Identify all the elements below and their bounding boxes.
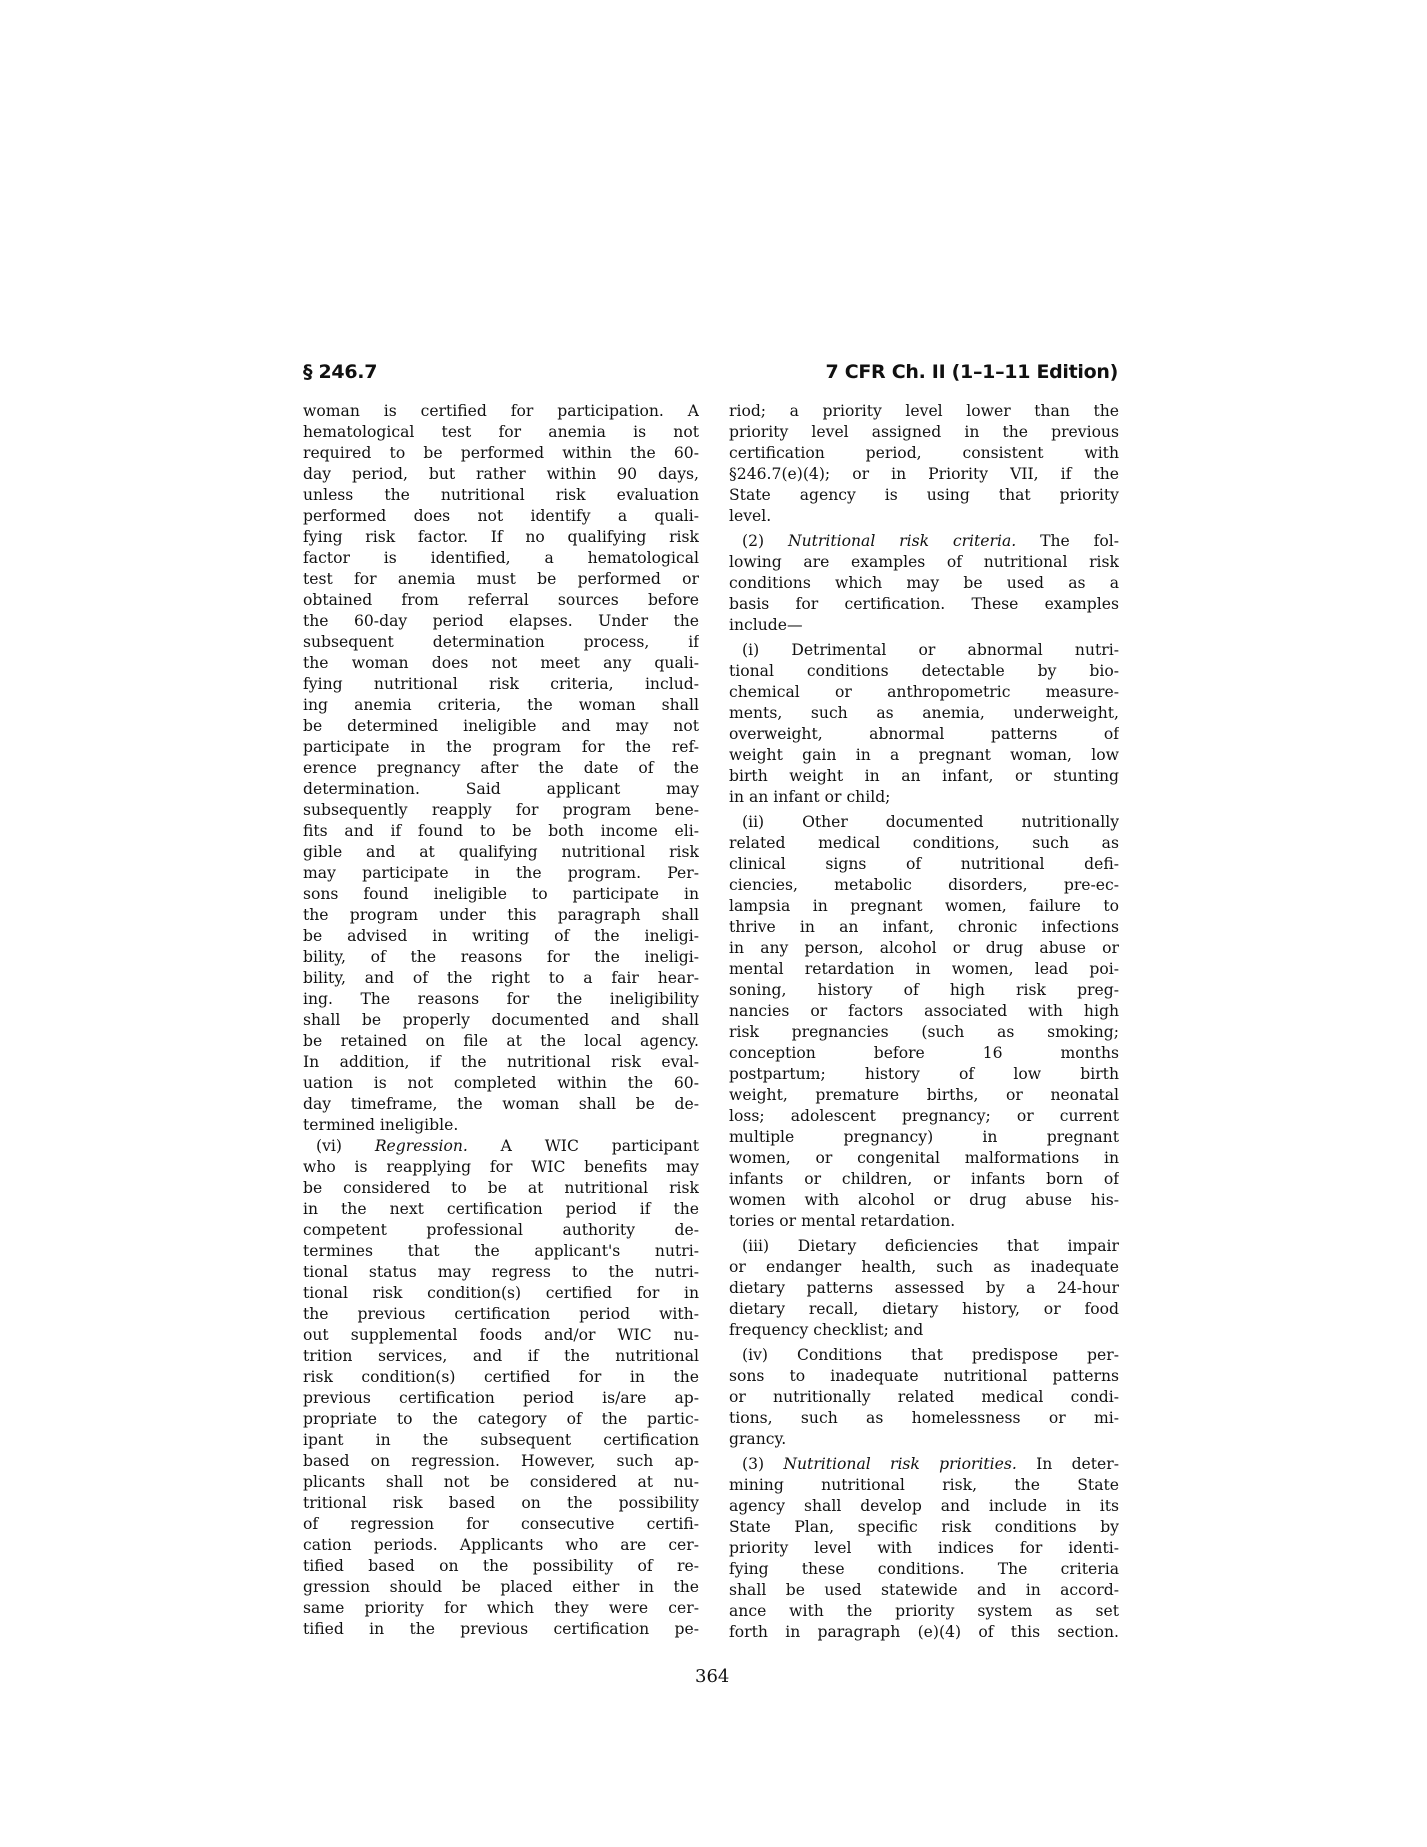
text-line: performed does not identify a quali- (303, 506, 699, 527)
text-line: fying these conditions. The criteria (729, 1559, 1119, 1580)
text-line: shall be properly documented and shall (303, 1010, 699, 1031)
text-line: overweight, abnormal patterns of (729, 724, 1119, 745)
text-line: priority level with indices for identi- (729, 1538, 1119, 1559)
text-line: mental retardation in women, lead poi- (729, 959, 1119, 980)
text-line: certification period, consistent with (729, 443, 1119, 464)
paragraph-heading: Regression. (375, 1137, 468, 1155)
paragraph-heading: Nutritional risk priorities. (783, 1455, 1016, 1473)
text-line: subsequent determination process, if (303, 632, 699, 653)
text-line: hematological test for anemia is not (303, 422, 699, 443)
publication-header: 7 CFR Ch. II (1–1–11 Edition) (826, 361, 1119, 383)
text-line: fits and if found to be both income eli- (303, 821, 699, 842)
text-line: be considered to be at nutritional risk (303, 1178, 699, 1199)
text-line: soning, history of high risk preg- (729, 980, 1119, 1001)
text-line: cation periods. Applicants who are cer- (303, 1535, 699, 1556)
text-line: obtained from referral sources before (303, 590, 699, 611)
text-line: test for anemia must be performed or (303, 569, 699, 590)
text-line: basis for certification. These examples (729, 594, 1119, 615)
text-line: out supplemental foods and/or WIC nu- (303, 1325, 699, 1346)
text-line: lowing are examples of nutritional risk (729, 552, 1119, 573)
text-line: shall be used statewide and in accord- (729, 1580, 1119, 1601)
text-line: (vi) Regression. A WIC participant (303, 1136, 699, 1157)
text-line: in an infant or child; (729, 787, 1119, 808)
text-line: erence pregnancy after the date of the (303, 758, 699, 779)
text-line: the previous certification period with- (303, 1304, 699, 1325)
text-line: determination. Said applicant may (303, 779, 699, 800)
text-line: nancies or factors associated with high (729, 1001, 1119, 1022)
text-line: clinical signs of nutritional defi- (729, 854, 1119, 875)
text-line: frequency checklist; and (729, 1320, 1119, 1341)
text-line: be retained on file at the local agency. (303, 1031, 699, 1052)
text-line: weight, premature births, or neonatal (729, 1085, 1119, 1106)
right-text-column: riod; a priority level lower than thepri… (729, 401, 1119, 1643)
text-line: unless the nutritional risk evaluation (303, 485, 699, 506)
text-line: tional status may regress to the nutri- (303, 1262, 699, 1283)
text-line: §246.7(e)(4); or in Priority VII, if the (729, 464, 1119, 485)
text-line: ipant in the subsequent certification (303, 1430, 699, 1451)
text-line: ing. The reasons for the ineligibility (303, 989, 699, 1010)
text-line: or nutritionally related medical condi- (729, 1387, 1119, 1408)
text-line: bility, of the reasons for the ineligi- (303, 947, 699, 968)
text-line: competent professional authority de- (303, 1220, 699, 1241)
text-line: termined ineligible. (303, 1115, 699, 1136)
text-line: (2) Nutritional risk criteria. The fol- (729, 531, 1119, 552)
text-line: ments, such as anemia, underweight, (729, 703, 1119, 724)
text-line: participate in the program for the ref- (303, 737, 699, 758)
text-line: mining nutritional risk, the State (729, 1475, 1119, 1496)
document-page: § 246.7 7 CFR Ch. II (1–1–11 Edition) wo… (0, 0, 1427, 1847)
text-line: In addition, if the nutritional risk eva… (303, 1052, 699, 1073)
text-line: conditions which may be used as a (729, 573, 1119, 594)
text-line: priority level assigned in the previous (729, 422, 1119, 443)
text-line: agency shall develop and include in its (729, 1496, 1119, 1517)
text-line: include— (729, 615, 1119, 636)
text-line: factor is identified, a hematological (303, 548, 699, 569)
text-line: risk condition(s) certified for in the (303, 1367, 699, 1388)
text-line: State agency is using that priority (729, 485, 1119, 506)
text-line: may participate in the program. Per- (303, 863, 699, 884)
text-line: tified in the previous certification pe- (303, 1619, 699, 1640)
text-line: required to be performed within the 60- (303, 443, 699, 464)
text-line: be advised in writing of the ineligi- (303, 926, 699, 947)
text-line: women with alcohol or drug abuse his- (729, 1190, 1119, 1211)
text-line: the woman does not meet any quali- (303, 653, 699, 674)
text-line: of regression for consecutive certifi- (303, 1514, 699, 1535)
text-line: tified based on the possibility of re- (303, 1556, 699, 1577)
text-line: tions, such as homelessness or mi- (729, 1408, 1119, 1429)
text-line: be determined ineligible and may not (303, 716, 699, 737)
text-line: sons found ineligible to participate in (303, 884, 699, 905)
text-line: postpartum; history of low birth (729, 1064, 1119, 1085)
section-number-header: § 246.7 (303, 361, 377, 383)
text-line: multiple pregnancy) in pregnant (729, 1127, 1119, 1148)
text-line: the 60-day period elapses. Under the (303, 611, 699, 632)
text-line: chemical or anthropometric measure- (729, 682, 1119, 703)
text-line: woman is certified for participation. A (303, 401, 699, 422)
text-line: or endanger health, such as inadequate (729, 1257, 1119, 1278)
text-line: in the next certification period if the (303, 1199, 699, 1220)
text-line: birth weight in an infant, or stunting (729, 766, 1119, 787)
text-line: (iv) Conditions that predispose per- (729, 1345, 1119, 1366)
text-line: propriate to the category of the partic- (303, 1409, 699, 1430)
text-line: ing anemia criteria, the woman shall (303, 695, 699, 716)
text-line: (i) Detrimental or abnormal nutri- (729, 640, 1119, 661)
text-line: trition services, and if the nutritional (303, 1346, 699, 1367)
text-line: the program under this paragraph shall (303, 905, 699, 926)
text-line: level. (729, 506, 1119, 527)
text-line: lampsia in pregnant women, failure to (729, 896, 1119, 917)
text-line: forth in paragraph (e)(4) of this sectio… (729, 1622, 1119, 1643)
text-line: uation is not completed within the 60- (303, 1073, 699, 1094)
text-line: riod; a priority level lower than the (729, 401, 1119, 422)
text-line: ance with the priority system as set (729, 1601, 1119, 1622)
text-line: conception before 16 months (729, 1043, 1119, 1064)
text-line: (iii) Dietary deficiencies that impair (729, 1236, 1119, 1257)
text-line: based on regression. However, such ap- (303, 1451, 699, 1472)
text-line: ciencies, metabolic disorders, pre-ec- (729, 875, 1119, 896)
text-line: thrive in an infant, chronic infections (729, 917, 1119, 938)
text-line: in any person, alcohol or drug abuse or (729, 938, 1119, 959)
text-line: fying risk factor. If no qualifying risk (303, 527, 699, 548)
text-line: termines that the applicant's nutri- (303, 1241, 699, 1262)
text-line: who is reapplying for WIC benefits may (303, 1157, 699, 1178)
text-line: infants or children, or infants born of (729, 1169, 1119, 1190)
text-line: tritional risk based on the possibility (303, 1493, 699, 1514)
left-text-column: woman is certified for participation. Ah… (303, 401, 699, 1640)
text-line: tories or mental retardation. (729, 1211, 1119, 1232)
text-line: tional conditions detectable by bio- (729, 661, 1119, 682)
paragraph-heading: Nutritional risk criteria. (788, 532, 1016, 550)
text-line: risk pregnancies (such as smoking; (729, 1022, 1119, 1043)
text-line: sons to inadequate nutritional patterns (729, 1366, 1119, 1387)
text-line: State Plan, specific risk conditions by (729, 1517, 1119, 1538)
text-line: same priority for which they were cer- (303, 1598, 699, 1619)
text-line: (3) Nutritional risk priorities. In dete… (729, 1454, 1119, 1475)
text-line: fying nutritional risk criteria, includ- (303, 674, 699, 695)
text-line: (ii) Other documented nutritionally (729, 812, 1119, 833)
text-line: grancy. (729, 1429, 1119, 1450)
text-line: gression should be placed either in the (303, 1577, 699, 1598)
text-line: previous certification period is/are ap- (303, 1388, 699, 1409)
text-line: loss; adolescent pregnancy; or current (729, 1106, 1119, 1127)
text-line: plicants shall not be considered at nu- (303, 1472, 699, 1493)
text-line: gible and at qualifying nutritional risk (303, 842, 699, 863)
text-line: day period, but rather within 90 days, (303, 464, 699, 485)
text-line: dietary recall, dietary history, or food (729, 1299, 1119, 1320)
page-number: 364 (695, 1666, 729, 1687)
text-line: related medical conditions, such as (729, 833, 1119, 854)
text-line: dietary patterns assessed by a 24-hour (729, 1278, 1119, 1299)
text-line: women, or congenital malformations in (729, 1148, 1119, 1169)
text-line: weight gain in a pregnant woman, low (729, 745, 1119, 766)
text-line: tional risk condition(s) certified for i… (303, 1283, 699, 1304)
text-line: bility, and of the right to a fair hear- (303, 968, 699, 989)
text-line: subsequently reapply for program bene- (303, 800, 699, 821)
text-line: day timeframe, the woman shall be de- (303, 1094, 699, 1115)
